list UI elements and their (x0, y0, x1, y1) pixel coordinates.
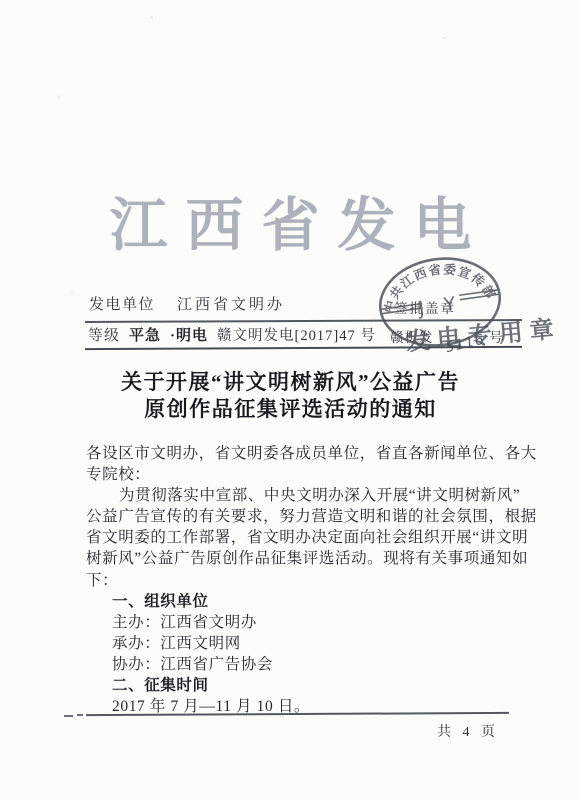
issuer-label: 发电单位 (89, 297, 155, 313)
body-line: 树新风”公益广告原创作品征集评选活动。现将有关事项通知如 (86, 548, 532, 569)
body-line: 公益广告宣传的有关要求，努力营造文明和谐的社会氛围，根据 (86, 506, 532, 527)
masthead-watermark: 江西省发电 (0, 178, 581, 262)
doc-body: 各设区市文明办，省文明委各成员单位，省直各新闻单位、各大 专院校： 为贯彻落实中… (86, 443, 532, 717)
urgency-value: 平急 (129, 328, 161, 344)
official-stamp: 中共江西省委宣传部 J Y 发电专用章 (376, 252, 572, 354)
doc-number: 赣文明发电[2017]47 号 (217, 328, 376, 344)
doc-title: 关于开展“讲文明树新风”公益广告 原创作品征集评选活动的通知 (0, 369, 581, 423)
header-issuer-row: 发电单位江西省文明办 (89, 293, 285, 314)
body-line: 协办：江西省广告协会 (86, 654, 532, 675)
body-line: 下： (86, 570, 532, 591)
body-line: 省文明委的工作部署，省文明办决定面向社会组织开展“讲文明 (86, 527, 532, 548)
header-grade-row: 等级平急·明电赣文明发电[2017]47 号 (88, 324, 385, 345)
telegram-type: ·明电 (170, 328, 208, 344)
page-count: 共 4 页 (437, 721, 499, 741)
body-section-heading: 二、征集时间 (86, 675, 532, 696)
body-line: 主办：江西省文明办 (86, 612, 532, 633)
doc-title-line2: 原创作品征集评选活动的通知 (0, 396, 581, 423)
stamp-bottom-text: 发电专用章 (405, 315, 562, 354)
stamp-initials: J Y (416, 292, 464, 320)
scan-speck (443, 37, 446, 39)
scan-speck (150, 16, 153, 19)
body-line: 各设区市文明办，省文明委各成员单位，省直各新闻单位、各大 (86, 443, 532, 464)
body-line: 为贯彻落实中宣部、中央文明办深入开展“讲文明树新风” (86, 485, 532, 506)
body-line: 承办：江西文明网 (86, 633, 532, 654)
doc-title-line1: 关于开展“讲文明树新风”公益广告 (0, 369, 581, 396)
scanned-telegram-page: 江西省发电 发电单位江西省文明办 签批盖章 等级平急·明电赣文明发电[2017]… (0, 0, 581, 800)
body-line: 专院校： (86, 464, 532, 485)
scan-speck (70, 292, 74, 294)
issuer-value: 江西省文明办 (177, 297, 285, 313)
body-section-heading: 一、组织单位 (86, 591, 532, 612)
footer-rule-dash (64, 715, 73, 717)
grade-label: 等级 (88, 328, 120, 344)
scan-speck (58, 95, 60, 99)
footer-rule-dash (77, 714, 83, 716)
